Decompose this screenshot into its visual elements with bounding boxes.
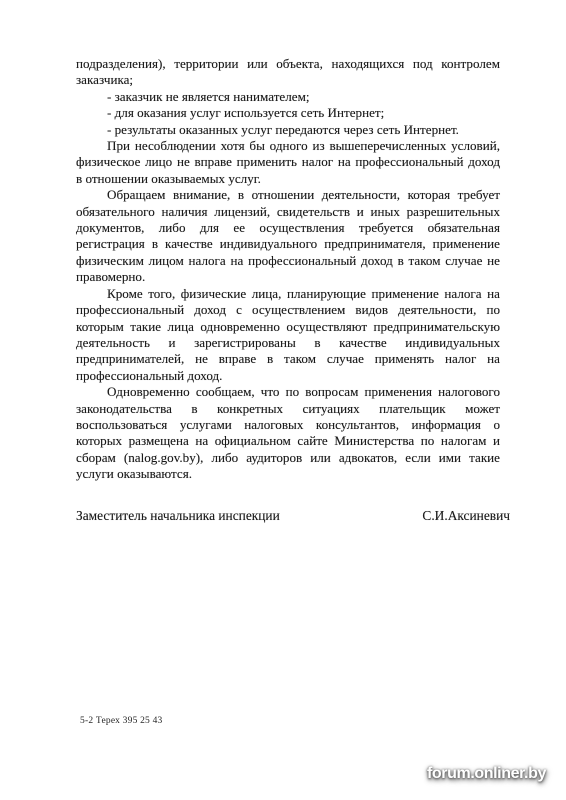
document-line: заказчика; — [76, 72, 500, 88]
document-line: которых размещена на официальном сайте М… — [76, 433, 500, 449]
document-line: Одновременно сообщаем, что по вопросам п… — [76, 384, 500, 400]
document-line: профессиональный доход. — [76, 368, 500, 384]
document-line: физическим лицом налога на профессиональ… — [76, 253, 500, 269]
document-line: физическое лицо не вправе применить нало… — [76, 154, 500, 170]
document-line: При несоблюдении хотя бы одного из вышеп… — [76, 138, 500, 154]
document-line: Обращаем внимание, в отношении деятельно… — [76, 187, 500, 203]
document-line: сборам (nalog.gov.by), либо аудиторов ил… — [76, 450, 500, 466]
signature-name: С.И.Аксиневич — [422, 508, 510, 524]
document-line: - результаты оказанных услуг передаются … — [76, 122, 500, 138]
document-line: - заказчик не является нанимателем; — [76, 89, 500, 105]
document-page: подразделения), территории или объекта, … — [0, 0, 566, 800]
document-line: которым такие лица одновременно осуществ… — [76, 319, 500, 335]
document-line: воспользоваться услугами налоговых консу… — [76, 417, 500, 433]
document-line: подразделения), территории или объекта, … — [76, 56, 500, 72]
document-line: регистрация в качестве индивидуального п… — [76, 236, 500, 252]
signature-row: Заместитель начальника инспекции С.И.Акс… — [76, 508, 510, 524]
letter-body: подразделения), территории или объекта, … — [76, 56, 500, 483]
reference-note: 5-2 Терех 395 25 43 — [80, 716, 162, 727]
document-line: профессиональный доход с осуществлением … — [76, 302, 500, 318]
document-line: услуги оказываются. — [76, 466, 500, 482]
watermark-text: forum.onliner.by — [427, 765, 546, 783]
document-line: правомерно. — [76, 269, 500, 285]
document-line: законодательства в конкретных ситуациях … — [76, 401, 500, 417]
document-line: Кроме того, физические лица, планирующие… — [76, 286, 500, 302]
document-line: деятельность и зарегистрированы в качест… — [76, 335, 500, 351]
document-line: в отношении оказываемых услуг. — [76, 171, 500, 187]
document-line: обязательного наличия лицензий, свидетел… — [76, 204, 500, 220]
document-line: предпринимателей, не вправе в таком случ… — [76, 351, 500, 367]
document-line: - для оказания услуг используется сеть И… — [76, 105, 500, 121]
document-line: документов, либо для ее осуществления тр… — [76, 220, 500, 236]
signature-title: Заместитель начальника инспекции — [76, 508, 280, 524]
